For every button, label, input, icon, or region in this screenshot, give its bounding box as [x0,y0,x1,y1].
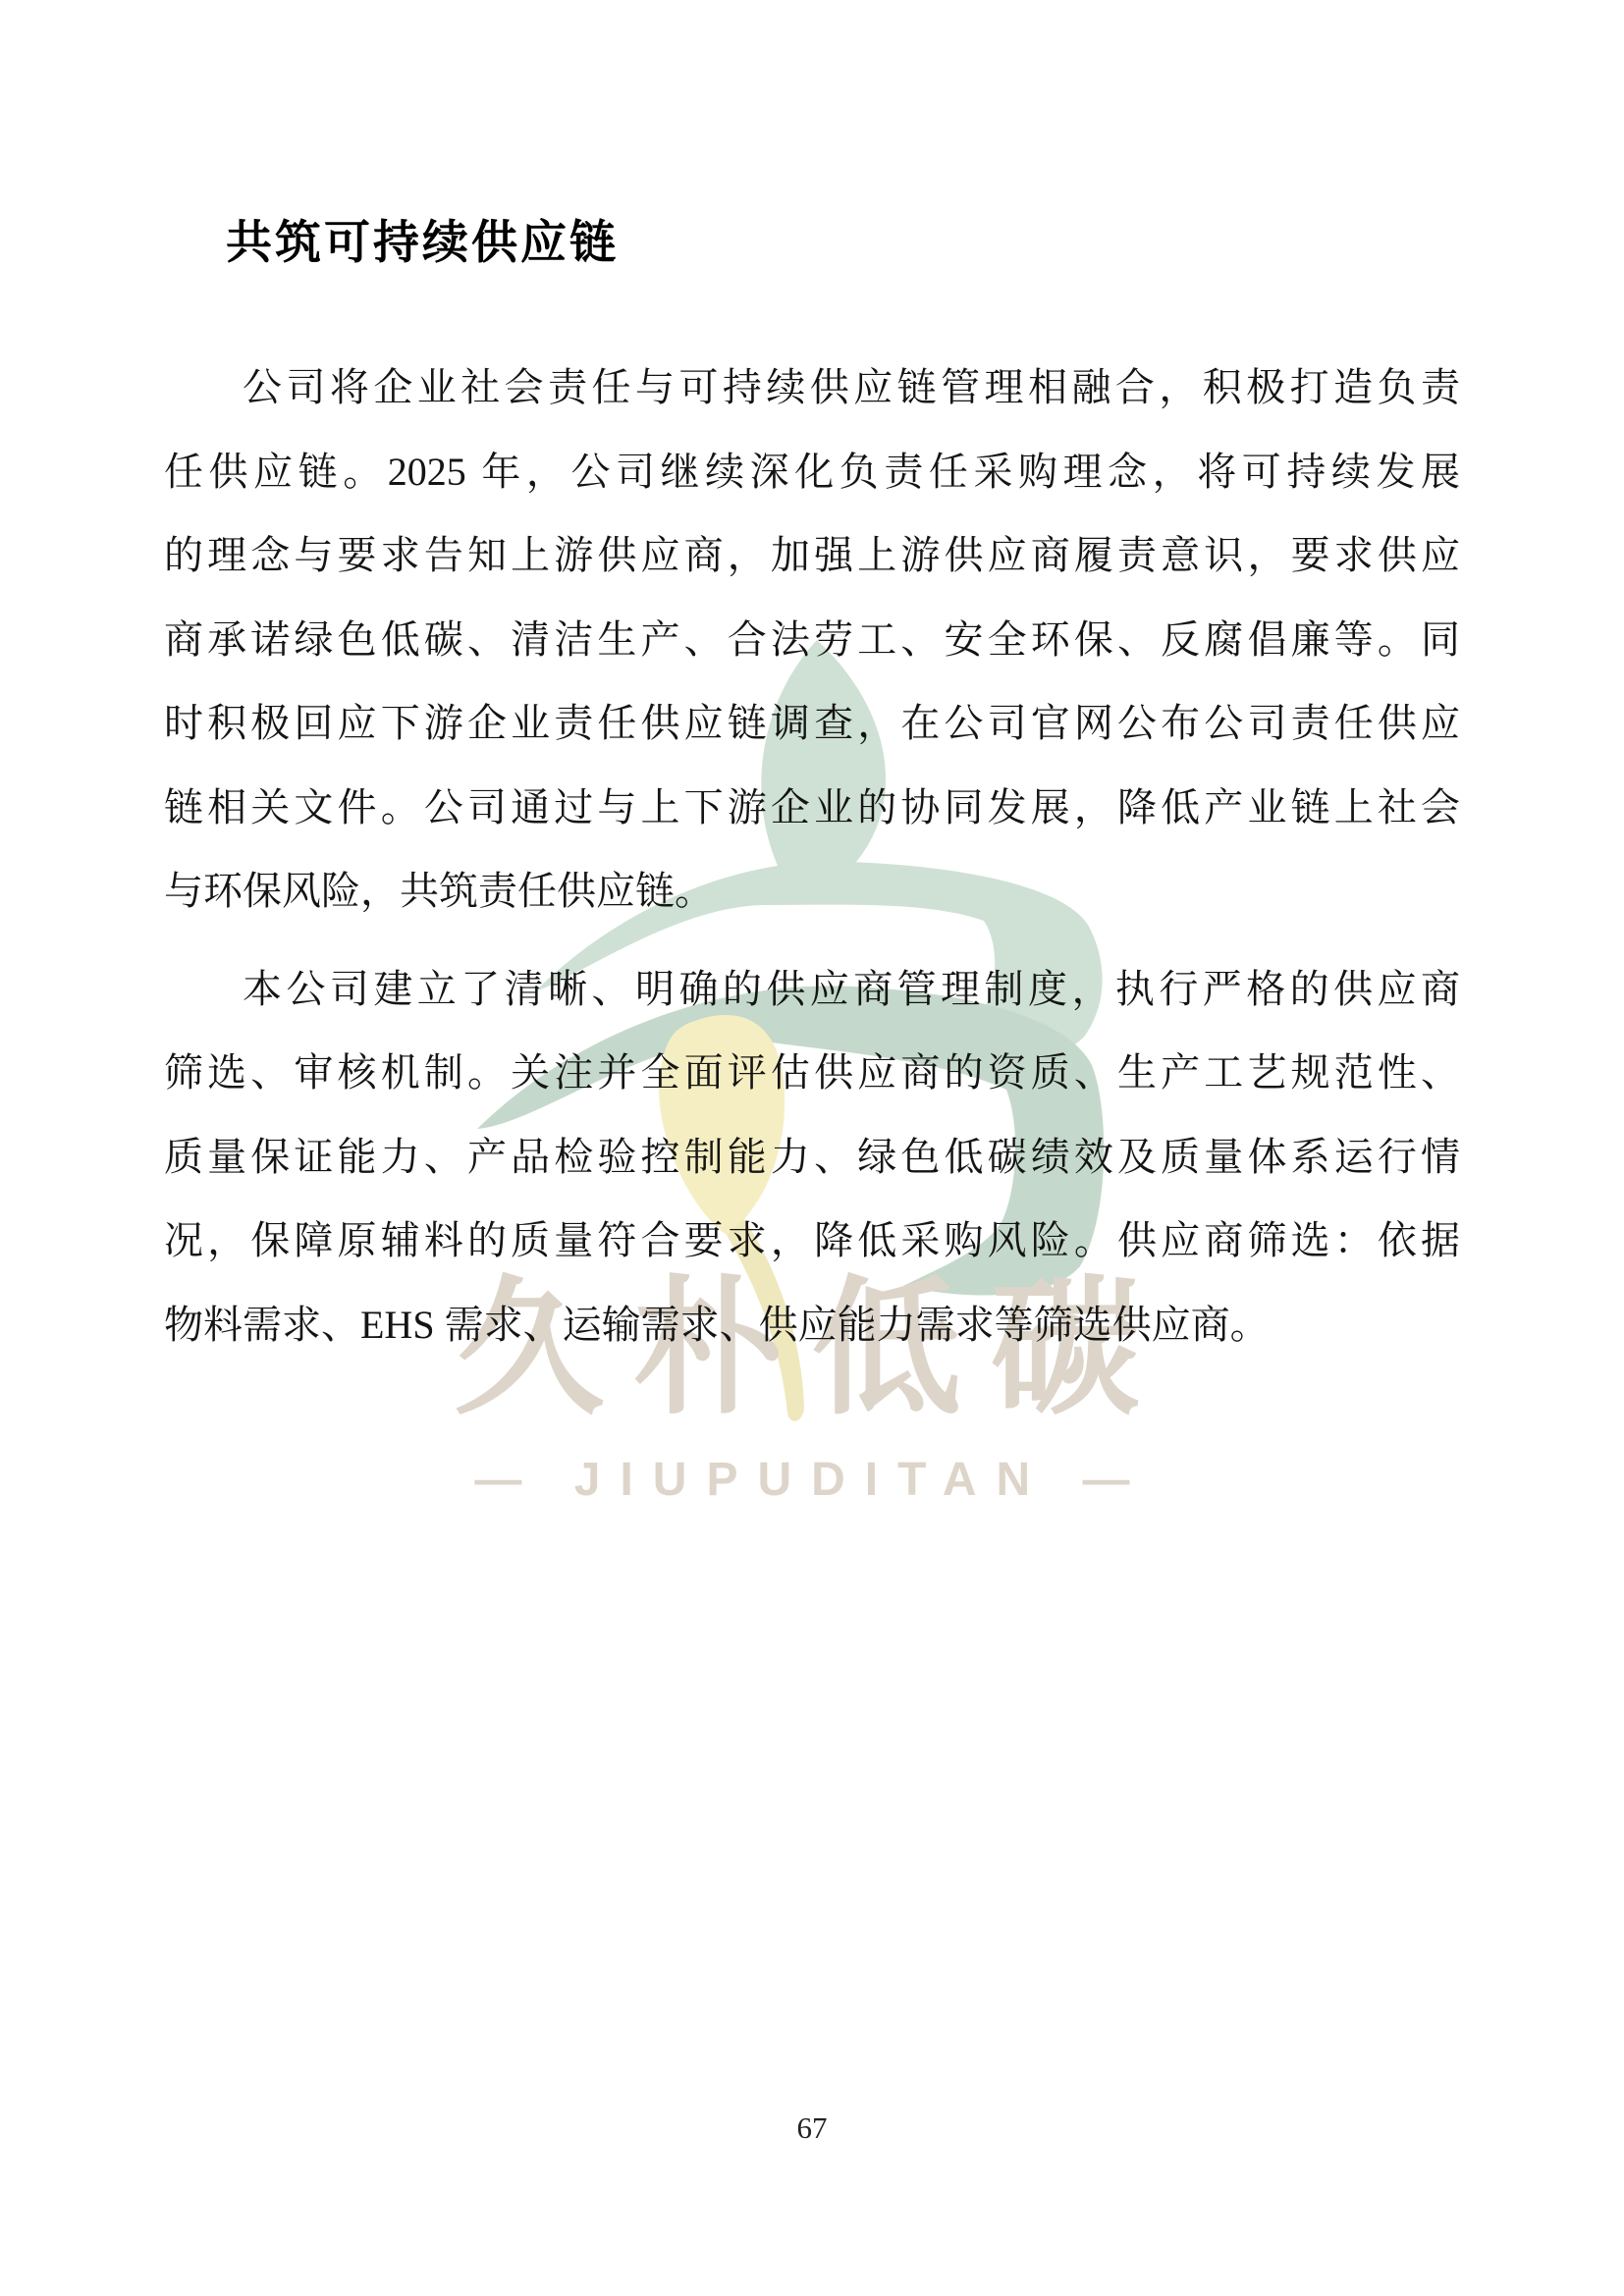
text-line: 任供应链。2025 年，公司继续深化负责任采购理念，将可持续发展 [164,430,1460,514]
paragraph-2: 本公司建立了清晰、明确的供应商管理制度，执行严格的供应商筛选、审核机制。关注并全… [164,947,1460,1367]
text-line: 况，保障原辅料的质量符合要求，降低采购风险。供应商筛选：依据 [164,1199,1460,1283]
text-line: 时积极回应下游企业责任供应链调查，在公司官网公布公司责任供应 [164,681,1460,766]
document-content: 共筑可持续供应链 公司将企业社会责任与可持续供应链管理相融合，积极打造负责任供应… [0,0,1624,2296]
page-number: 67 [0,2110,1624,2146]
paragraph-1: 公司将企业社会责任与可持续供应链管理相融合，积极打造负责任供应链。2025 年，… [164,346,1460,934]
page-title: 共筑可持续供应链 [226,214,619,273]
text-line: 筛选、审核机制。关注并全面评估供应商的资质、生产工艺规范性、 [164,1031,1460,1115]
text-line: 质量保证能力、产品检验控制能力、绿色低碳绩效及质量体系运行情 [164,1115,1460,1200]
body-text: 公司将企业社会责任与可持续供应链管理相融合，积极打造负责任供应链。2025 年，… [164,346,1460,1380]
text-line: 物料需求、EHS 需求、运输需求、供应能力需求等筛选供应商。 [164,1283,1460,1367]
text-line: 本公司建立了清晰、明确的供应商管理制度，执行严格的供应商 [164,947,1460,1032]
text-line: 商承诺绿色低碳、清洁生产、合法劳工、安全环保、反腐倡廉等。同 [164,598,1460,682]
text-line: 与环保风险，共筑责任供应链。 [164,849,1460,934]
text-line: 的理念与要求告知上游供应商，加强上游供应商履责意识，要求供应 [164,513,1460,598]
document-page: 久朴低碳 — JIUPUDITAN — 共筑可持续供应链 公司将企业社会责任与可… [0,0,1624,2296]
text-line: 公司将企业社会责任与可持续供应链管理相融合，积极打造负责 [164,346,1460,430]
text-line: 链相关文件。公司通过与上下游企业的协同发展，降低产业链上社会 [164,766,1460,850]
